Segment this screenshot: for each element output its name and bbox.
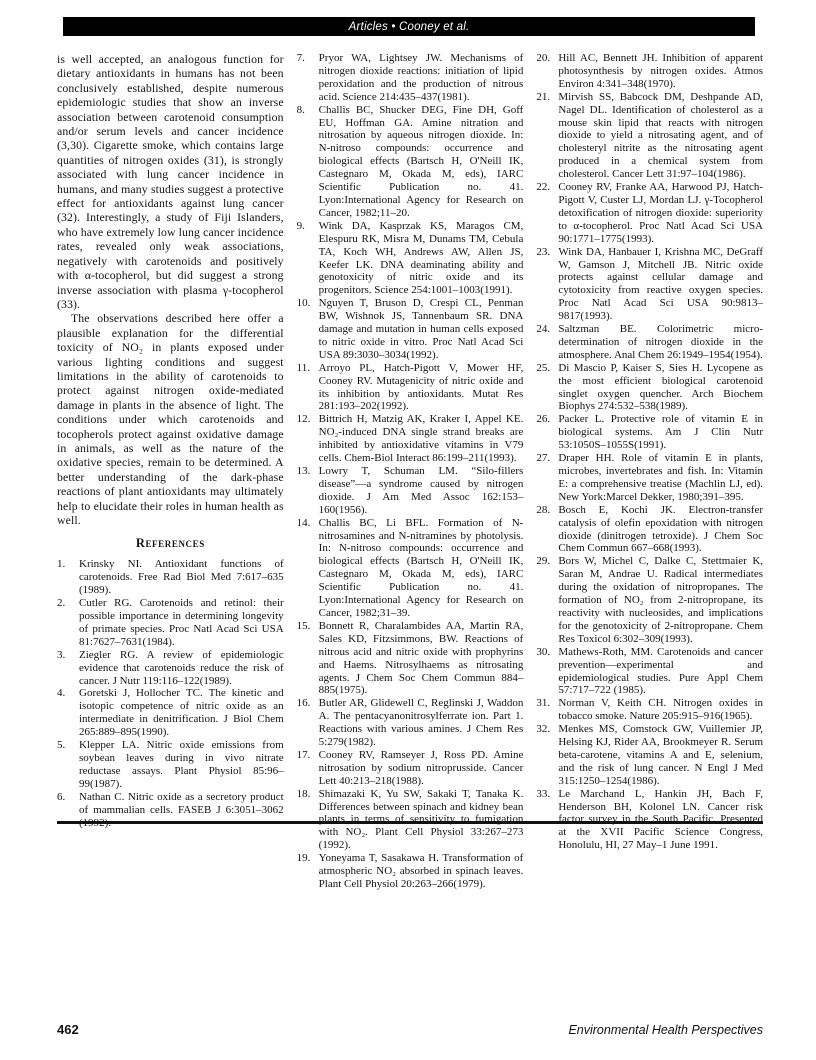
reference-item: 4.Goretski J, Hollocher TC. The kinetic … (57, 687, 284, 739)
reference-text: Bonnett R, Charalambides AA, Martin RA, … (319, 620, 524, 697)
reference-item: 1.Krinsky NI. Antioxidant functions of c… (57, 558, 284, 597)
reference-item: 33.Le Marchand L, Hankin JH, Bach F, Hen… (536, 788, 763, 853)
reference-item: 22.Cooney RV, Franke AA, Harwood PJ, Hat… (536, 181, 763, 246)
reference-text: Draper HH. Role of vitamin E in plants, … (558, 452, 763, 504)
reference-text: Klepper LA. Nitric oxide emissions from … (79, 739, 284, 791)
reference-number: 11. (297, 362, 319, 414)
reference-text: Bittrich H, Matzig AK, Kraker I, Appel K… (319, 413, 524, 465)
reference-item: 24.Saltzman BE. Colorimetric micro-deter… (536, 323, 763, 362)
reference-number: 26. (536, 413, 558, 452)
reference-number: 27. (536, 452, 558, 504)
reference-item: 29.Bors W, Michel C, Dalke C, Stettmaier… (536, 555, 763, 645)
reference-item: 19.Yoneyama T, Sasakawa H. Transformatio… (297, 852, 524, 891)
references-list-col1: 1.Krinsky NI. Antioxidant functions of c… (57, 558, 284, 829)
reference-text: Nguyen T, Bruson D, Crespi CL, Penman BW… (319, 297, 524, 362)
page-number: 462 (57, 1022, 79, 1037)
reference-text: Shimazaki K, Yu SW, Sakaki T, Tanaka K. … (319, 788, 524, 853)
reference-number: 28. (536, 504, 558, 556)
reference-number: 29. (536, 555, 558, 645)
reference-number: 20. (536, 52, 558, 91)
reference-text: Menkes MS, Comstock GW, Vuillemier JP, H… (558, 723, 763, 788)
reference-item: 25.Di Mascio P, Kaiser S, Sies H. Lycope… (536, 362, 763, 414)
reference-number: 31. (536, 697, 558, 723)
reference-item: 14.Challis BC, Li BFL. Formation of N-ni… (297, 517, 524, 620)
reference-text: Norman V, Keith CH. Nitrogen oxides in t… (558, 697, 763, 723)
reference-number: 3. (57, 649, 79, 688)
reference-item: 20.Hill AC, Bennett JH. Inhibition of ap… (536, 52, 763, 91)
column-left: is well accepted, an analogous function … (57, 52, 284, 891)
reference-number: 7. (297, 52, 319, 104)
reference-text: Packer L. Protective role of vitamin E i… (558, 413, 763, 452)
reference-item: 26.Packer L. Protective role of vitamin … (536, 413, 763, 452)
body-paragraph-2: The observations described here offer a … (57, 311, 284, 527)
reference-text: Ziegler RG. A review of epidemiologic ev… (79, 649, 284, 688)
reference-text: Mathews-Roth, MM. Carotenoids and cancer… (558, 646, 763, 698)
reference-text: Yoneyama T, Sasakawa H. Transformation o… (319, 852, 524, 891)
reference-number: 10. (297, 297, 319, 362)
reference-text: Wink DA, Hanbauer I, Krishna MC, DeGraff… (558, 246, 763, 323)
reference-number: 16. (297, 697, 319, 749)
reference-item: 21.Mirvish SS, Babcock DM, Deshpande AD,… (536, 91, 763, 181)
reference-item: 15.Bonnett R, Charalambides AA, Martin R… (297, 620, 524, 697)
reference-number: 2. (57, 597, 79, 649)
content-columns: is well accepted, an analogous function … (57, 52, 763, 891)
reference-number: 33. (536, 788, 558, 853)
reference-text: Mirvish SS, Babcock DM, Deshpande AD, Na… (558, 91, 763, 181)
column-right: 20.Hill AC, Bennett JH. Inhibition of ap… (536, 52, 763, 891)
reference-text: Pryor WA, Lightsey JW. Mechanisms of nit… (319, 52, 524, 104)
reference-item: 27.Draper HH. Role of vitamin E in plant… (536, 452, 763, 504)
reference-number: 30. (536, 646, 558, 698)
reference-text: Cooney RV, Franke AA, Harwood PJ, Hatch-… (558, 181, 763, 246)
reference-number: 12. (297, 413, 319, 465)
reference-text: Goretski J, Hollocher TC. The kinetic an… (79, 687, 284, 739)
reference-text: Di Mascio P, Kaiser S, Sies H. Lycopene … (558, 362, 763, 414)
reference-text: Cutler RG. Carotenoids and retinol: thei… (79, 597, 284, 649)
reference-text: Krinsky NI. Antioxidant functions of car… (79, 558, 284, 597)
reference-item: 32.Menkes MS, Comstock GW, Vuillemier JP… (536, 723, 763, 788)
reference-number: 13. (297, 465, 319, 517)
reference-item: 30.Mathews-Roth, MM. Carotenoids and can… (536, 646, 763, 698)
header-bar: Articles • Cooney et al. (63, 17, 755, 36)
reference-item: 12.Bittrich H, Matzig AK, Kraker I, Appe… (297, 413, 524, 465)
reference-text: Saltzman BE. Colorimetric micro-determin… (558, 323, 763, 362)
reference-text: Butler AR, Glidewell C, Reglinski J, Wad… (319, 697, 524, 749)
reference-number: 21. (536, 91, 558, 181)
reference-number: 14. (297, 517, 319, 620)
references-heading: References (57, 536, 284, 551)
reference-item: 18.Shimazaki K, Yu SW, Sakaki T, Tanaka … (297, 788, 524, 853)
reference-text: Cooney RV, Ramseyer J, Ross PD. Amine ni… (319, 749, 524, 788)
reference-text: Lowry T, Schuman LM. “Silo-fillers disea… (319, 465, 524, 517)
reference-item: 7.Pryor WA, Lightsey JW. Mechanisms of n… (297, 52, 524, 104)
reference-number: 32. (536, 723, 558, 788)
reference-number: 5. (57, 739, 79, 791)
reference-number: 25. (536, 362, 558, 414)
reference-text: Bors W, Michel C, Dalke C, Stettmaier K,… (558, 555, 763, 645)
reference-text: Wink DA, Kasprzak KS, Maragos CM, Elespu… (319, 220, 524, 297)
references-list-col2: 7.Pryor WA, Lightsey JW. Mechanisms of n… (297, 52, 524, 891)
reference-item: 3.Ziegler RG. A review of epidemiologic … (57, 649, 284, 688)
reference-number: 18. (297, 788, 319, 853)
reference-text: Challis BC, Li BFL. Formation of N-nitro… (319, 517, 524, 620)
reference-number: 22. (536, 181, 558, 246)
reference-item: 13.Lowry T, Schuman LM. “Silo-fillers di… (297, 465, 524, 517)
reference-item: 23.Wink DA, Hanbauer I, Krishna MC, DeGr… (536, 246, 763, 323)
journal-name: Environmental Health Perspectives (568, 1023, 763, 1037)
paper-page: Articles • Cooney et al. is well accepte… (0, 0, 816, 1060)
reference-item: 9.Wink DA, Kasprzak KS, Maragos CM, Eles… (297, 220, 524, 297)
reference-item: 8.Challis BC, Shucker DEG, Fine DH, Goff… (297, 104, 524, 220)
header-title: Articles • Cooney et al. (349, 21, 470, 33)
reference-number: 24. (536, 323, 558, 362)
reference-number: 4. (57, 687, 79, 739)
reference-item: 31.Norman V, Keith CH. Nitrogen oxides i… (536, 697, 763, 723)
reference-item: 2.Cutler RG. Carotenoids and retinol: th… (57, 597, 284, 649)
reference-number: 9. (297, 220, 319, 297)
references-list-col3: 20.Hill AC, Bennett JH. Inhibition of ap… (536, 52, 763, 852)
body-paragraph-1: is well accepted, an analogous function … (57, 52, 284, 311)
column-middle: 7.Pryor WA, Lightsey JW. Mechanisms of n… (297, 52, 524, 891)
reference-text: Le Marchand L, Hankin JH, Bach F, Hender… (558, 788, 763, 853)
reference-number: 15. (297, 620, 319, 697)
reference-number: 19. (297, 852, 319, 891)
reference-number: 23. (536, 246, 558, 323)
reference-text: Arroyo PL, Hatch-Pigott V, Mower HF, Coo… (319, 362, 524, 414)
reference-number: 8. (297, 104, 319, 220)
reference-item: 10.Nguyen T, Bruson D, Crespi CL, Penman… (297, 297, 524, 362)
reference-item: 11.Arroyo PL, Hatch-Pigott V, Mower HF, … (297, 362, 524, 414)
reference-number: 17. (297, 749, 319, 788)
reference-text: Hill AC, Bennett JH. Inhibition of appar… (558, 52, 763, 91)
reference-number: 1. (57, 558, 79, 597)
reference-item: 16.Butler AR, Glidewell C, Reglinski J, … (297, 697, 524, 749)
reference-text: Bosch E, Kochi JK. Electron-transfer cat… (558, 504, 763, 556)
reference-item: 5.Klepper LA. Nitric oxide emissions fro… (57, 739, 284, 791)
reference-item: 28.Bosch E, Kochi JK. Electron-transfer … (536, 504, 763, 556)
reference-text: Challis BC, Shucker DEG, Fine DH, Goff E… (319, 104, 524, 220)
bottom-rule (57, 821, 763, 824)
reference-item: 17.Cooney RV, Ramseyer J, Ross PD. Amine… (297, 749, 524, 788)
